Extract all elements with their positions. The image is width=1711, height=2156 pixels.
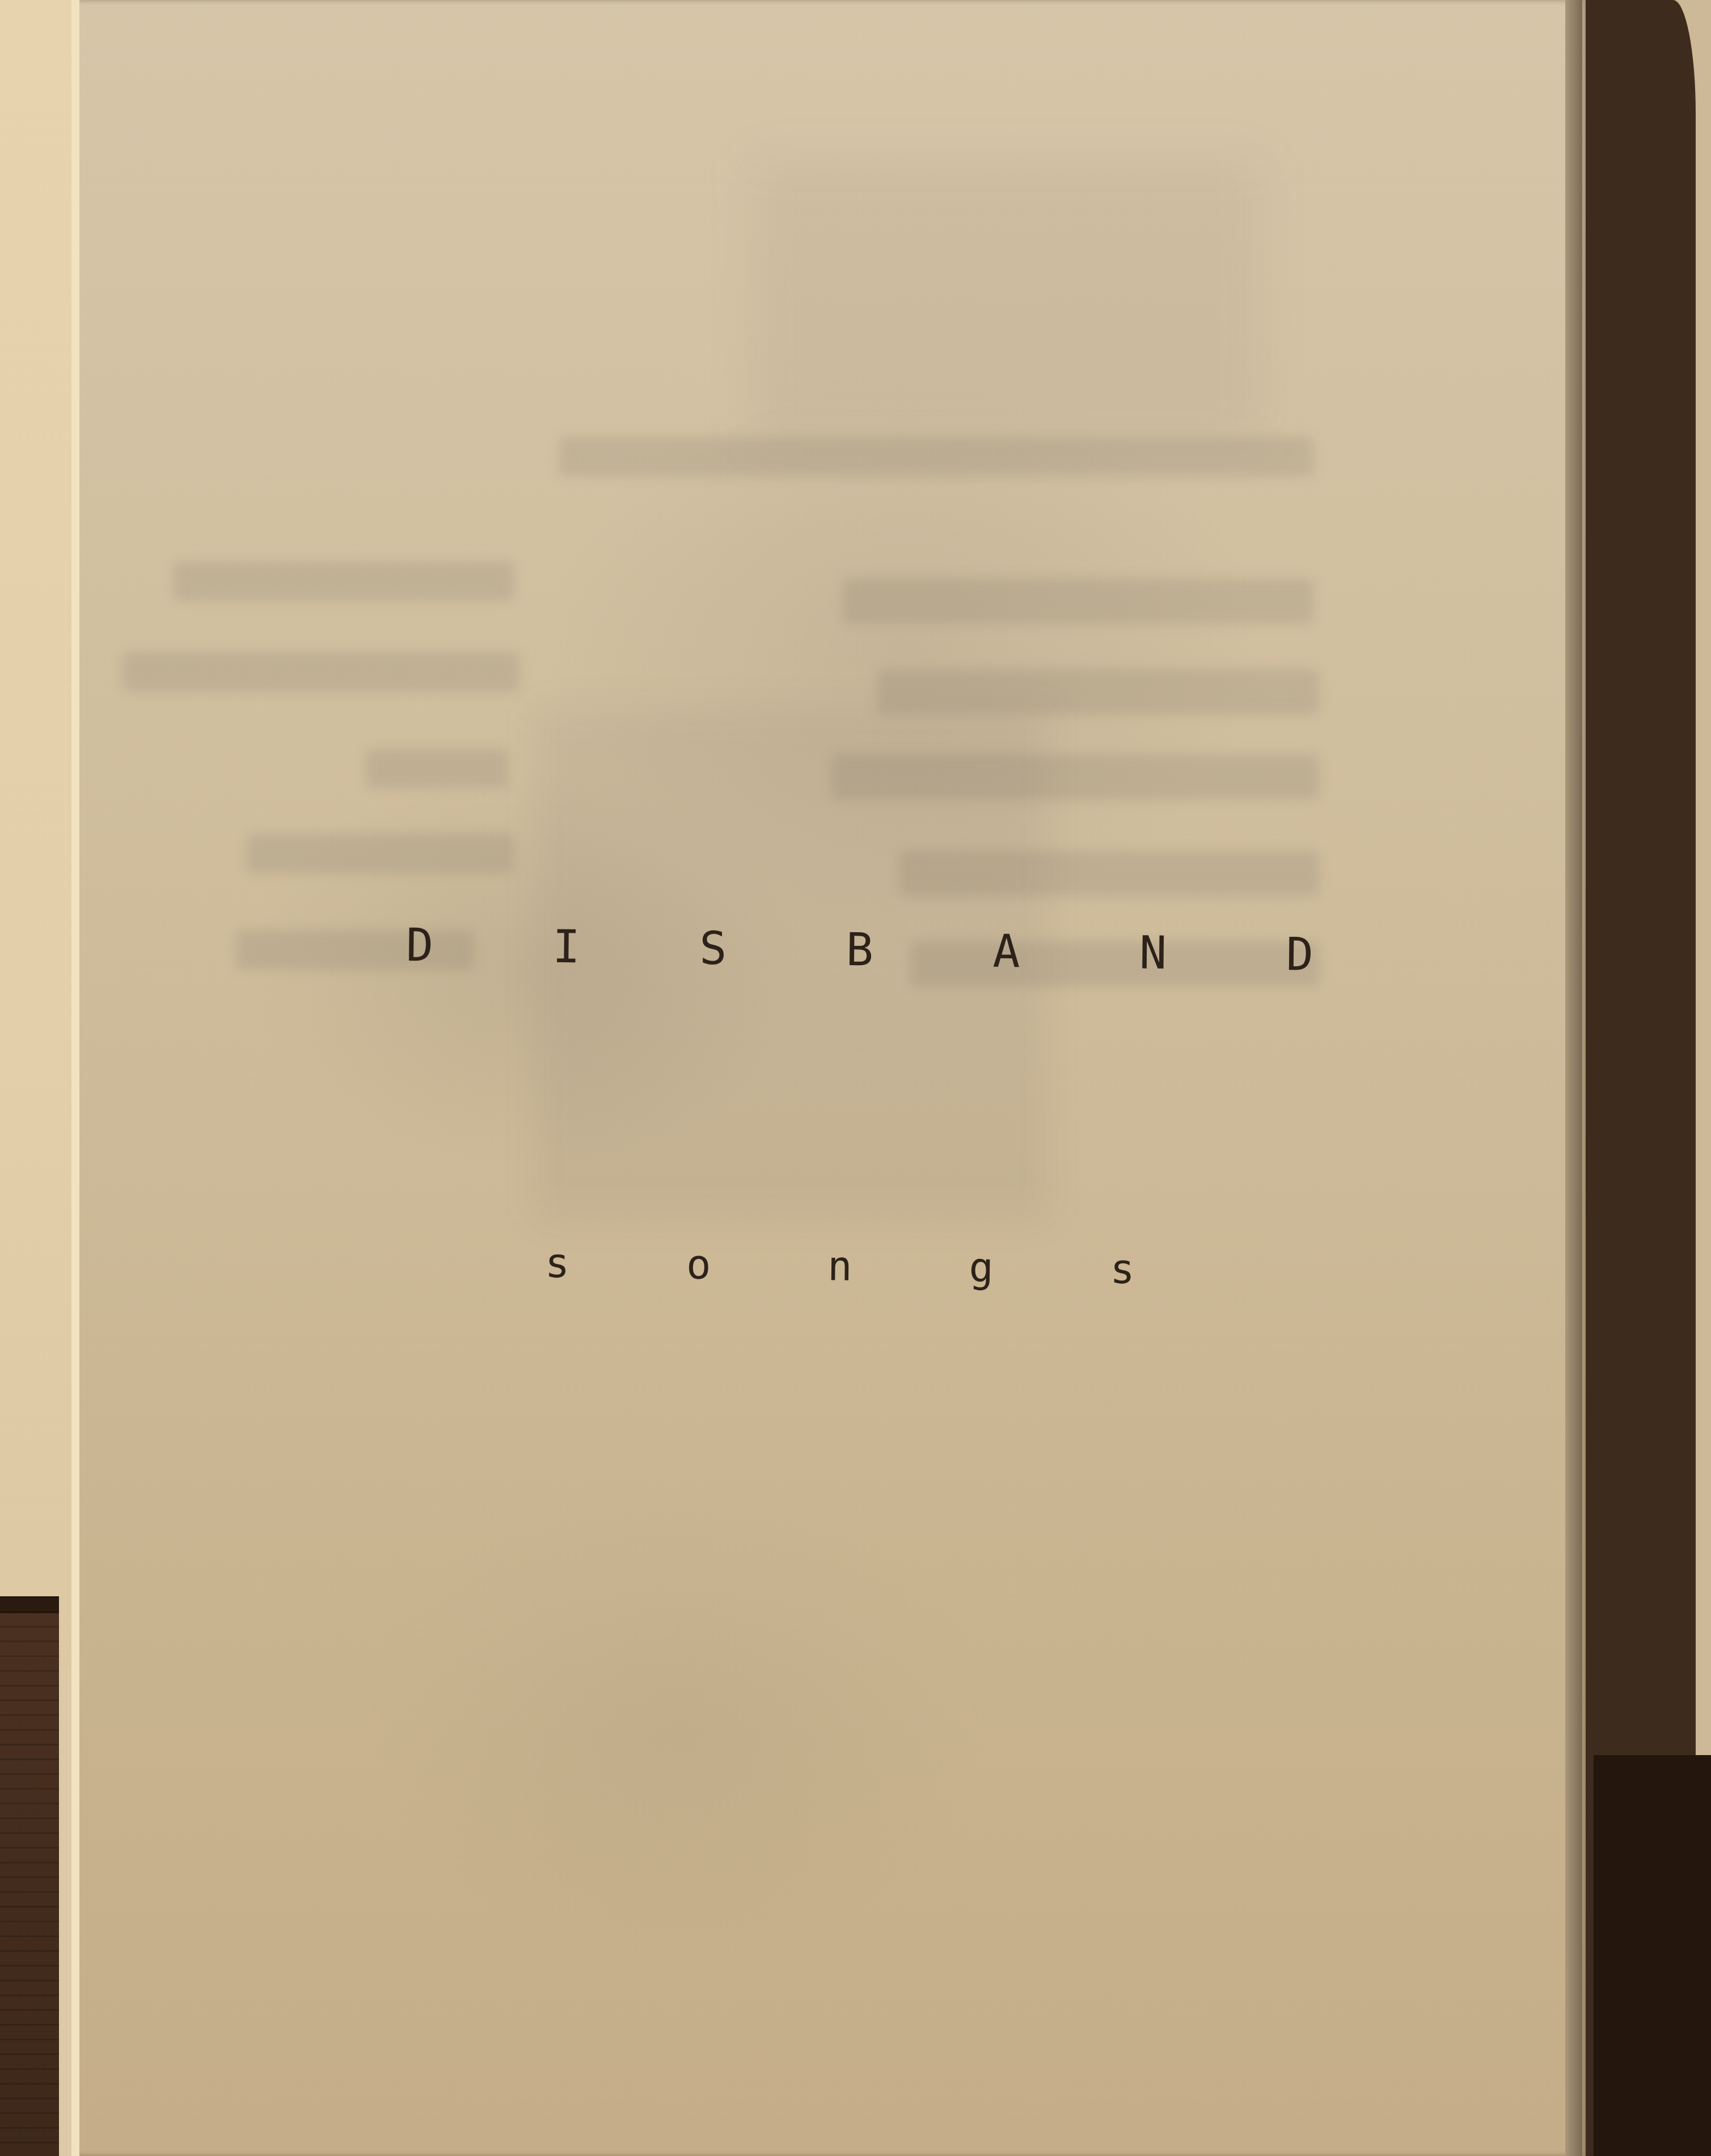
wood-table-right: [1594, 1755, 1711, 2156]
cover-title: D I S B A N D: [406, 919, 1314, 981]
show-through-text: [247, 834, 514, 873]
show-through-block: [752, 159, 1262, 442]
shadow-edge: [1667, 0, 1711, 1673]
title-letter: I: [552, 920, 580, 973]
title-letter: B: [846, 923, 873, 976]
show-through-text: [366, 749, 508, 788]
title-letter: D: [1286, 928, 1313, 980]
booklet-cover: D I S B A N D s o n g s: [71, 0, 1586, 2156]
subtitle-letter: g: [969, 1244, 994, 1291]
show-through-text: [122, 652, 519, 692]
show-through-text: [843, 578, 1313, 624]
subtitle-letter: s: [1110, 1245, 1135, 1292]
show-through-text: [877, 669, 1319, 715]
cover-subtitle: s o n g s: [545, 1239, 1135, 1293]
booklet-page-edge: [1565, 0, 1582, 2156]
show-through-text: [174, 561, 514, 601]
background-sheet-left: [0, 0, 79, 1667]
title-letter: D: [406, 919, 434, 971]
title-letter: A: [992, 925, 1020, 978]
title-letter: S: [699, 921, 727, 974]
title-letter: N: [1139, 927, 1167, 979]
subtitle-letter: n: [827, 1242, 852, 1290]
subtitle-letter: s: [545, 1239, 570, 1287]
subtitle-letter: o: [686, 1241, 711, 1288]
photo-scene: D I S B A N D s o n g s: [0, 0, 1711, 2156]
wood-table-left: [0, 1596, 59, 2156]
show-through-text: [559, 437, 1313, 476]
